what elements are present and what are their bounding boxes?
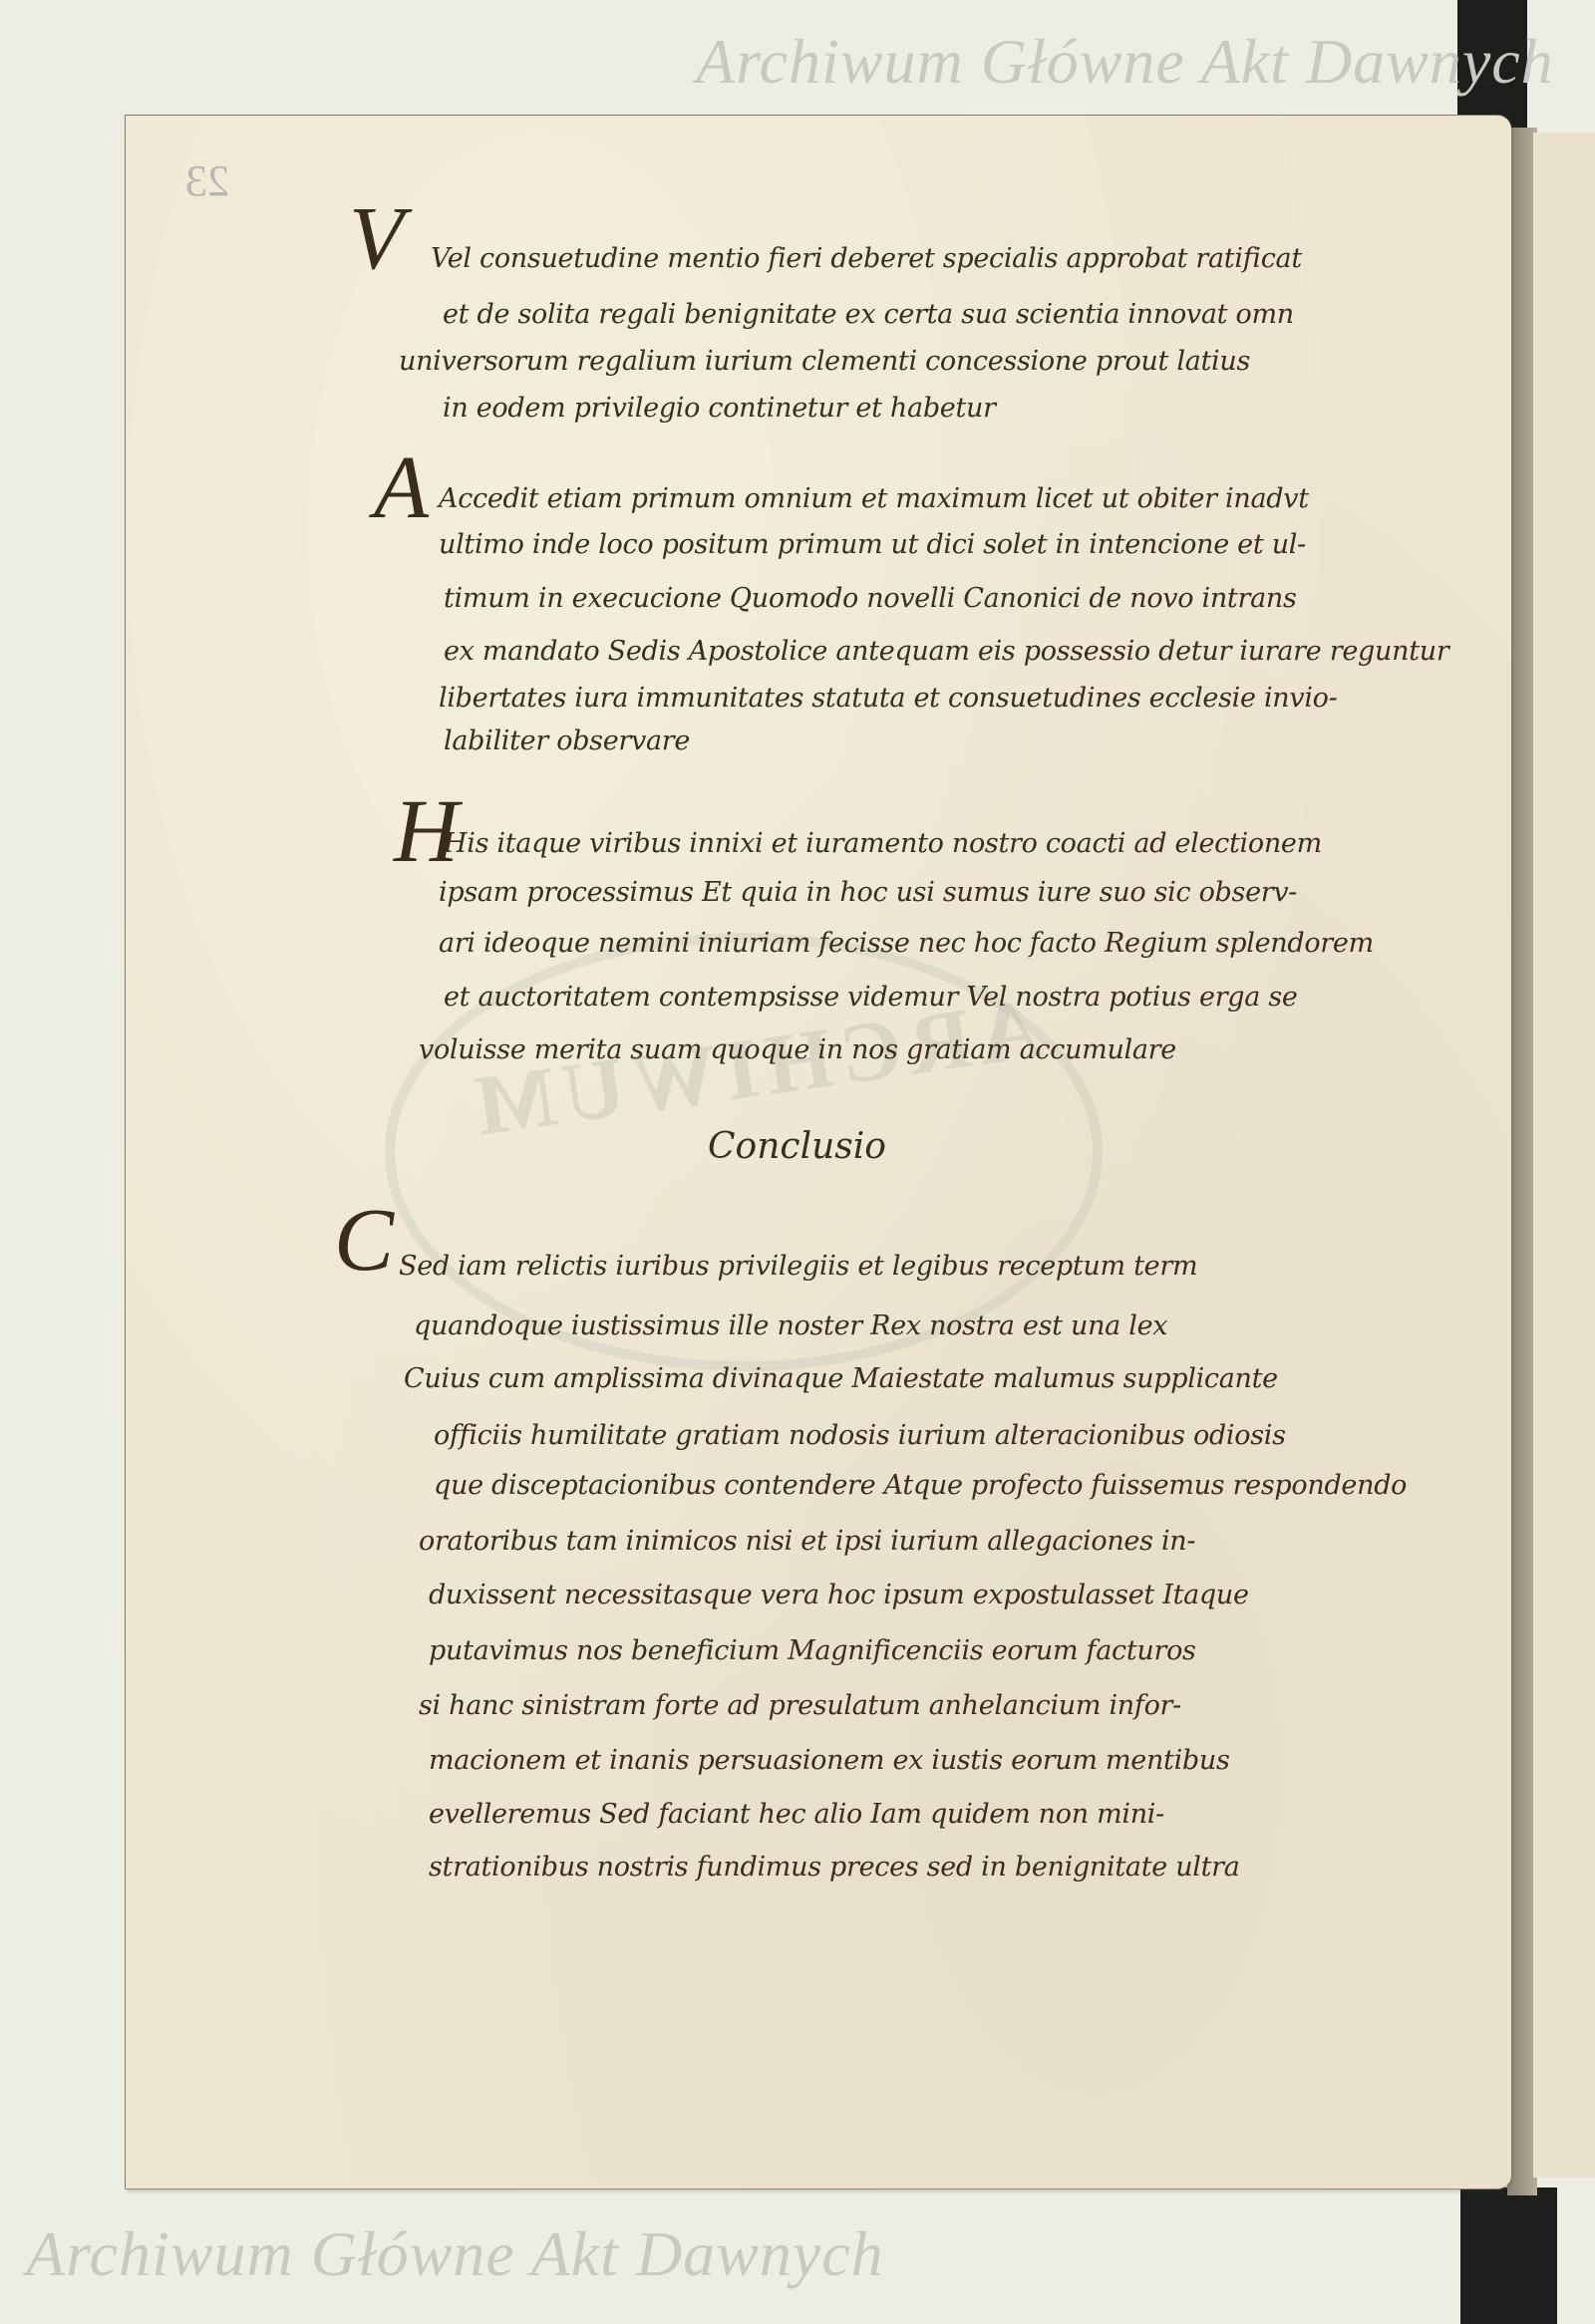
text-line: evelleremus Sed faciant hec alio Iam qui… [429,1801,1164,1828]
text-line: Vel consuetudine mentio fieri deberet sp… [431,245,1302,272]
facing-page-edge [1533,133,1595,2178]
text-line: ultimo inde loco positum primum ut dici … [439,531,1306,558]
paragraph-2-initial: A [374,443,429,533]
final-paragraph-initial: C [334,1196,394,1286]
archive-watermark-bottom: Archiwum Główne Akt Dawnych [26,2222,884,2286]
section-heading: Conclusio [708,1126,886,1167]
text-line: ex mandato Sedis Apostolice antequam eis… [444,638,1448,665]
paragraph-1-initial: V [349,194,404,284]
text-line: macionem et inanis persuasionem ex iusti… [429,1747,1230,1774]
text-line: Cuius cum amplissima divinaque Maiestate… [404,1365,1278,1392]
archive-watermark-top: Archiwum Główne Akt Dawnych [696,30,1554,94]
text-line: Accedit etiam primum omnium et maximum l… [439,485,1309,512]
text-line: universorum regalium iurium clementi con… [399,348,1250,375]
text-line: Sed iam relictis iuribus privilegiis et … [399,1253,1197,1280]
text-line: officiis humilitate gratiam nodosis iuri… [434,1422,1286,1449]
text-line: in eodem privilegio continetur et habetu… [443,395,996,422]
text-line: voluisse merita suam quoque in nos grati… [419,1036,1176,1063]
text-line: ipsam processimus Et quia in hoc usi sum… [439,879,1297,906]
text-line: et auctoritatem contempsisse videmur Vel… [444,984,1298,1011]
text-line: duxissent necessitasque vera hoc ipsum e… [429,1582,1249,1608]
text-line: timum in execucione Quomodo novelli Cano… [444,585,1297,612]
text-line: que disceptacionibus contendere Atque pr… [434,1472,1407,1499]
text-line: et de solita regali benignitate ex certa… [443,301,1294,328]
text-line: His itaque viribus innixi et iuramento n… [444,830,1322,857]
folio-number: 23 [185,155,229,206]
text-line: oratoribus tam inimicos nisi et ipsi iur… [419,1528,1195,1555]
text-line: ari ideoque nemini iniuriam fecisse nec … [439,930,1374,957]
text-line: si hanc sinistram forte ad presulatum an… [419,1692,1181,1719]
text-line: strationibus nostris fundimus preces sed… [429,1854,1240,1881]
text-line: libertates iura immunitates statuta et c… [439,685,1337,712]
text-line: putavimus nos beneficium Magnificenciis … [429,1637,1196,1664]
binding-strip-bottom [1460,2187,1557,2324]
text-line: quandoque iustissimus ille noster Rex no… [414,1312,1167,1339]
text-line: labiliter observare [444,727,690,754]
